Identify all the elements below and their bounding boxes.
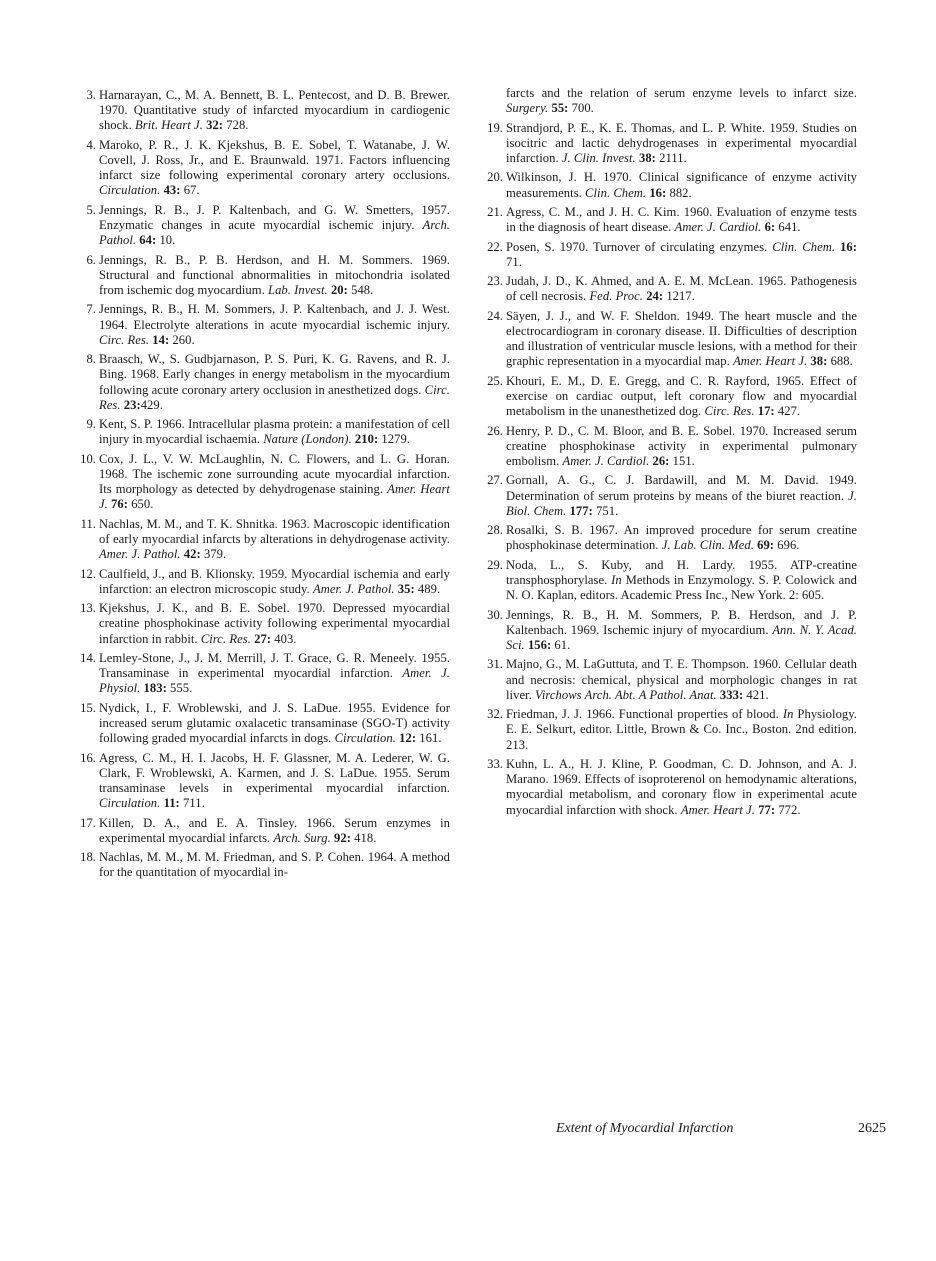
- reference-number: 4.: [78, 138, 96, 153]
- journal-name: Arch. Surg.: [273, 831, 330, 845]
- volume-number: 210:: [355, 432, 378, 446]
- volume-number: 32:: [206, 118, 223, 132]
- journal-name: Brit. Heart J.: [135, 118, 203, 132]
- reference-number: 26.: [485, 424, 503, 439]
- reference-item: 20.Wilkinson, J. H. 1970. Clinical signi…: [485, 170, 857, 200]
- volume-number: 12:: [399, 731, 416, 745]
- reference-item: 27.Gornall, A. G., C. J. Bardawill, and …: [485, 473, 857, 519]
- journal-name: Circulation.: [335, 731, 396, 745]
- reference-item: 9.Kent, S. P. 1966. Intracellular plasma…: [78, 417, 450, 447]
- journal-name: Circ. Res.: [99, 333, 149, 347]
- journal-name: Clin. Chem.: [585, 186, 646, 200]
- volume-number: 24:: [646, 289, 663, 303]
- journal-name: J. Clin. Invest.: [562, 151, 636, 165]
- reference-text: 772.: [775, 803, 800, 817]
- reference-text: 161.: [416, 731, 441, 745]
- volume-number: 64:: [139, 233, 156, 247]
- reference-text: 403.: [271, 632, 296, 646]
- reference-item: 31.Majno, G., M. LaGuttuta, and T. E. Th…: [485, 657, 857, 703]
- reference-item: 11.Nachlas, M. M., and T. K. Shnitka. 19…: [78, 517, 450, 563]
- volume-number: 92:: [334, 831, 351, 845]
- reference-number: 13.: [78, 601, 96, 616]
- reference-number: 11.: [78, 517, 96, 532]
- journal-name: Virchows Arch. Abt. A Pathol. Anat.: [535, 688, 717, 702]
- reference-number: 5.: [78, 203, 96, 218]
- volume-number: 16:: [840, 240, 857, 254]
- reference-number: 24.: [485, 309, 503, 324]
- journal-name: Lab. Invest.: [268, 283, 328, 297]
- reference-text: 429.: [141, 398, 163, 412]
- journal-name: Circ. Res.: [201, 632, 251, 646]
- volume-number: 14:: [152, 333, 169, 347]
- reference-number: 29.: [485, 558, 503, 573]
- reference-text: 751.: [593, 504, 618, 518]
- reference-text: Khouri, E. M., D. E. Gregg, and C. R. Ra…: [506, 374, 857, 418]
- reference-item: 3.Harnarayan, C., M. A. Bennett, B. L. P…: [78, 88, 450, 134]
- reference-number: 3.: [78, 88, 96, 103]
- reference-text: Nachlas, M. M., and T. K. Shnitka. 1963.…: [99, 517, 450, 546]
- journal-page: 3.Harnarayan, C., M. A. Bennett, B. L. P…: [0, 0, 936, 1261]
- reference-item: 7.Jennings, R. B., H. M. Sommers, J. P. …: [78, 302, 450, 348]
- volume-number: 6:: [765, 220, 776, 234]
- volume-number: 23:: [124, 398, 141, 412]
- reference-text: Lemley-Stone, J., J. M. Merrill, J. T. G…: [99, 651, 450, 680]
- reference-text: Nachlas, M. M., M. M. Friedman, and S. P…: [99, 850, 450, 879]
- references-left-column: 3.Harnarayan, C., M. A. Bennett, B. L. P…: [78, 88, 450, 885]
- reference-text: 696.: [774, 538, 799, 552]
- reference-item: farcts and the relation of serum enzyme …: [485, 86, 857, 116]
- reference-text: 1217.: [663, 289, 695, 303]
- journal-name: Clin. Chem.: [772, 240, 835, 254]
- volume-number: 77:: [758, 803, 775, 817]
- reference-item: 6.Jennings, R. B., P. B. Herdson, and H.…: [78, 253, 450, 299]
- journal-name: In: [611, 573, 622, 587]
- reference-number: 22.: [485, 240, 503, 255]
- reference-number: 8.: [78, 352, 96, 367]
- reference-text: 555.: [167, 681, 192, 695]
- reference-text: 700.: [568, 101, 593, 115]
- journal-name: In: [783, 707, 794, 721]
- reference-number: 14.: [78, 651, 96, 666]
- reference-item: 24.Säyen, J. J., and W. F. Sheldon. 1949…: [485, 309, 857, 370]
- reference-number: 23.: [485, 274, 503, 289]
- journal-name: Circ. Res.: [704, 404, 754, 418]
- reference-text: Jennings, R. B., J. P. Kaltenbach, and G…: [99, 203, 450, 232]
- volume-number: 69:: [757, 538, 774, 552]
- volume-number: 156:: [528, 638, 551, 652]
- reference-number: 32.: [485, 707, 503, 722]
- reference-item: 25.Khouri, E. M., D. E. Gregg, and C. R.…: [485, 374, 857, 420]
- reference-item: 16.Agress, C. M., H. I. Jacobs, H. F. Gl…: [78, 751, 450, 812]
- volume-number: 27:: [254, 632, 271, 646]
- reference-number: 25.: [485, 374, 503, 389]
- reference-item: 29.Noda, L., S. Kuby, and H. Lardy. 1955…: [485, 558, 857, 604]
- reference-item: 18.Nachlas, M. M., M. M. Friedman, and S…: [78, 850, 450, 880]
- volume-number: 38:: [639, 151, 656, 165]
- reference-number: 18.: [78, 850, 96, 865]
- reference-text: 427.: [775, 404, 800, 418]
- reference-text: 882.: [666, 186, 691, 200]
- reference-text: 10.: [156, 233, 175, 247]
- reference-number: 10.: [78, 452, 96, 467]
- journal-name: Circulation.: [99, 796, 160, 810]
- reference-number: 33.: [485, 757, 503, 772]
- reference-number: 19.: [485, 121, 503, 136]
- reference-text: 2111.: [656, 151, 687, 165]
- reference-text: 728.: [223, 118, 248, 132]
- reference-item: 10.Cox, J. L., V. W. McLaughlin, N. C. F…: [78, 452, 450, 513]
- reference-text: Gornall, A. G., C. J. Bardawill, and M. …: [506, 473, 857, 502]
- reference-text: Posen, S. 1970. Turnover of circulating …: [506, 240, 772, 254]
- journal-name: Circulation.: [99, 183, 160, 197]
- reference-text: 641.: [775, 220, 800, 234]
- journal-name: Fed. Proc.: [589, 289, 643, 303]
- reference-item: 15.Nydick, I., F. Wroblewski, and J. S. …: [78, 701, 450, 747]
- reference-text: 61.: [551, 638, 570, 652]
- volume-number: 333:: [720, 688, 743, 702]
- reference-text: 421.: [743, 688, 768, 702]
- volume-number: 35:: [398, 582, 415, 596]
- reference-text: 688.: [827, 354, 852, 368]
- volume-number: 20:: [331, 283, 348, 297]
- volume-number: 76:: [111, 497, 128, 511]
- reference-text: Jennings, R. B., H. M. Sommers, J. P. Ka…: [99, 302, 450, 331]
- reference-item: 30.Jennings, R. B., H. M. Sommers, P. B.…: [485, 608, 857, 654]
- reference-text: 260.: [169, 333, 194, 347]
- reference-item: 14.Lemley-Stone, J., J. M. Merrill, J. T…: [78, 651, 450, 697]
- reference-item: 12.Caulfield, J., and B. Klionsky. 1959.…: [78, 567, 450, 597]
- references-right-column: farcts and the relation of serum enzyme …: [485, 86, 857, 822]
- reference-text: 711.: [180, 796, 205, 810]
- reference-number: 17.: [78, 816, 96, 831]
- page-number: 2625: [858, 1121, 886, 1137]
- page-footer: Extent of Myocardial Infarction 2625: [556, 1121, 886, 1137]
- reference-item: 8.Braasch, W., S. Gudbjarnason, P. S. Pu…: [78, 352, 450, 413]
- reference-item: 28.Rosalki, S. B. 1967. An improved proc…: [485, 523, 857, 553]
- journal-name: J. Lab. Clin. Med.: [662, 538, 754, 552]
- reference-number: 6.: [78, 253, 96, 268]
- reference-text: 650.: [128, 497, 153, 511]
- volume-number: 16:: [649, 186, 666, 200]
- reference-text: Friedman, J. J. 1966. Functional propert…: [506, 707, 783, 721]
- journal-name: Amer. J. Pathol.: [99, 547, 181, 561]
- reference-item: 22.Posen, S. 1970. Turnover of circulati…: [485, 240, 857, 270]
- journal-name: Nature (London).: [263, 432, 352, 446]
- reference-text: 548.: [348, 283, 373, 297]
- reference-item: 17.Killen, D. A., and E. A. Tinsley. 196…: [78, 816, 450, 846]
- reference-number: 15.: [78, 701, 96, 716]
- reference-number: 31.: [485, 657, 503, 672]
- reference-number: 30.: [485, 608, 503, 623]
- running-title: Extent of Myocardial Infarction: [556, 1121, 733, 1137]
- volume-number: 55:: [551, 101, 568, 115]
- reference-number: 7.: [78, 302, 96, 317]
- volume-number: 11:: [164, 796, 180, 810]
- volume-number: 183:: [144, 681, 167, 695]
- journal-name: Amer. J. Cardiol.: [562, 454, 649, 468]
- reference-text: 418.: [351, 831, 376, 845]
- reference-text: 67.: [181, 183, 200, 197]
- reference-text: 71.: [506, 255, 522, 269]
- reference-item: 32.Friedman, J. J. 1966. Functional prop…: [485, 707, 857, 753]
- reference-text: farcts and the relation of serum enzyme …: [506, 86, 857, 100]
- reference-item: 33.Kuhn, L. A., H. J. Kline, P. Goodman,…: [485, 757, 857, 818]
- reference-item: 21.Agress, C. M., and J. H. C. Kim. 1960…: [485, 205, 857, 235]
- reference-number: 27.: [485, 473, 503, 488]
- journal-name: Amer. Heart J.: [681, 803, 755, 817]
- reference-text: Braasch, W., S. Gudbjarnason, P. S. Puri…: [99, 352, 450, 396]
- reference-item: 13.Kjekshus, J. K., and B. E. Sobel. 197…: [78, 601, 450, 647]
- reference-number: 20.: [485, 170, 503, 185]
- volume-number: 26:: [652, 454, 669, 468]
- reference-text: Agress, C. M., H. I. Jacobs, H. F. Glass…: [99, 751, 450, 795]
- reference-text: Maroko, P. R., J. K. Kjekshus, B. E. Sob…: [99, 138, 450, 182]
- journal-name: Amer. J. Pathol.: [313, 582, 395, 596]
- volume-number: 177:: [570, 504, 593, 518]
- reference-text: 489.: [415, 582, 440, 596]
- reference-text: 379.: [201, 547, 226, 561]
- journal-name: Surgery.: [506, 101, 548, 115]
- reference-number: 16.: [78, 751, 96, 766]
- reference-number: 28.: [485, 523, 503, 538]
- volume-number: 42:: [184, 547, 201, 561]
- reference-number: 21.: [485, 205, 503, 220]
- volume-number: 38:: [810, 354, 827, 368]
- volume-number: 17:: [758, 404, 775, 418]
- reference-item: 5.Jennings, R. B., J. P. Kaltenbach, and…: [78, 203, 450, 249]
- reference-item: 23.Judah, J. D., K. Ahmed, and A. E. M. …: [485, 274, 857, 304]
- journal-name: Amer. Heart J.: [733, 354, 807, 368]
- reference-text: 1279.: [378, 432, 410, 446]
- reference-text: 151.: [669, 454, 694, 468]
- journal-name: Amer. J. Cardiol.: [675, 220, 762, 234]
- reference-item: 19.Strandjord, P. E., K. E. Thomas, and …: [485, 121, 857, 167]
- reference-number: 12.: [78, 567, 96, 582]
- reference-item: 4.Maroko, P. R., J. K. Kjekshus, B. E. S…: [78, 138, 450, 199]
- volume-number: 43:: [164, 183, 181, 197]
- reference-number: 9.: [78, 417, 96, 432]
- reference-item: 26.Henry, P. D., C. M. Bloor, and B. E. …: [485, 424, 857, 470]
